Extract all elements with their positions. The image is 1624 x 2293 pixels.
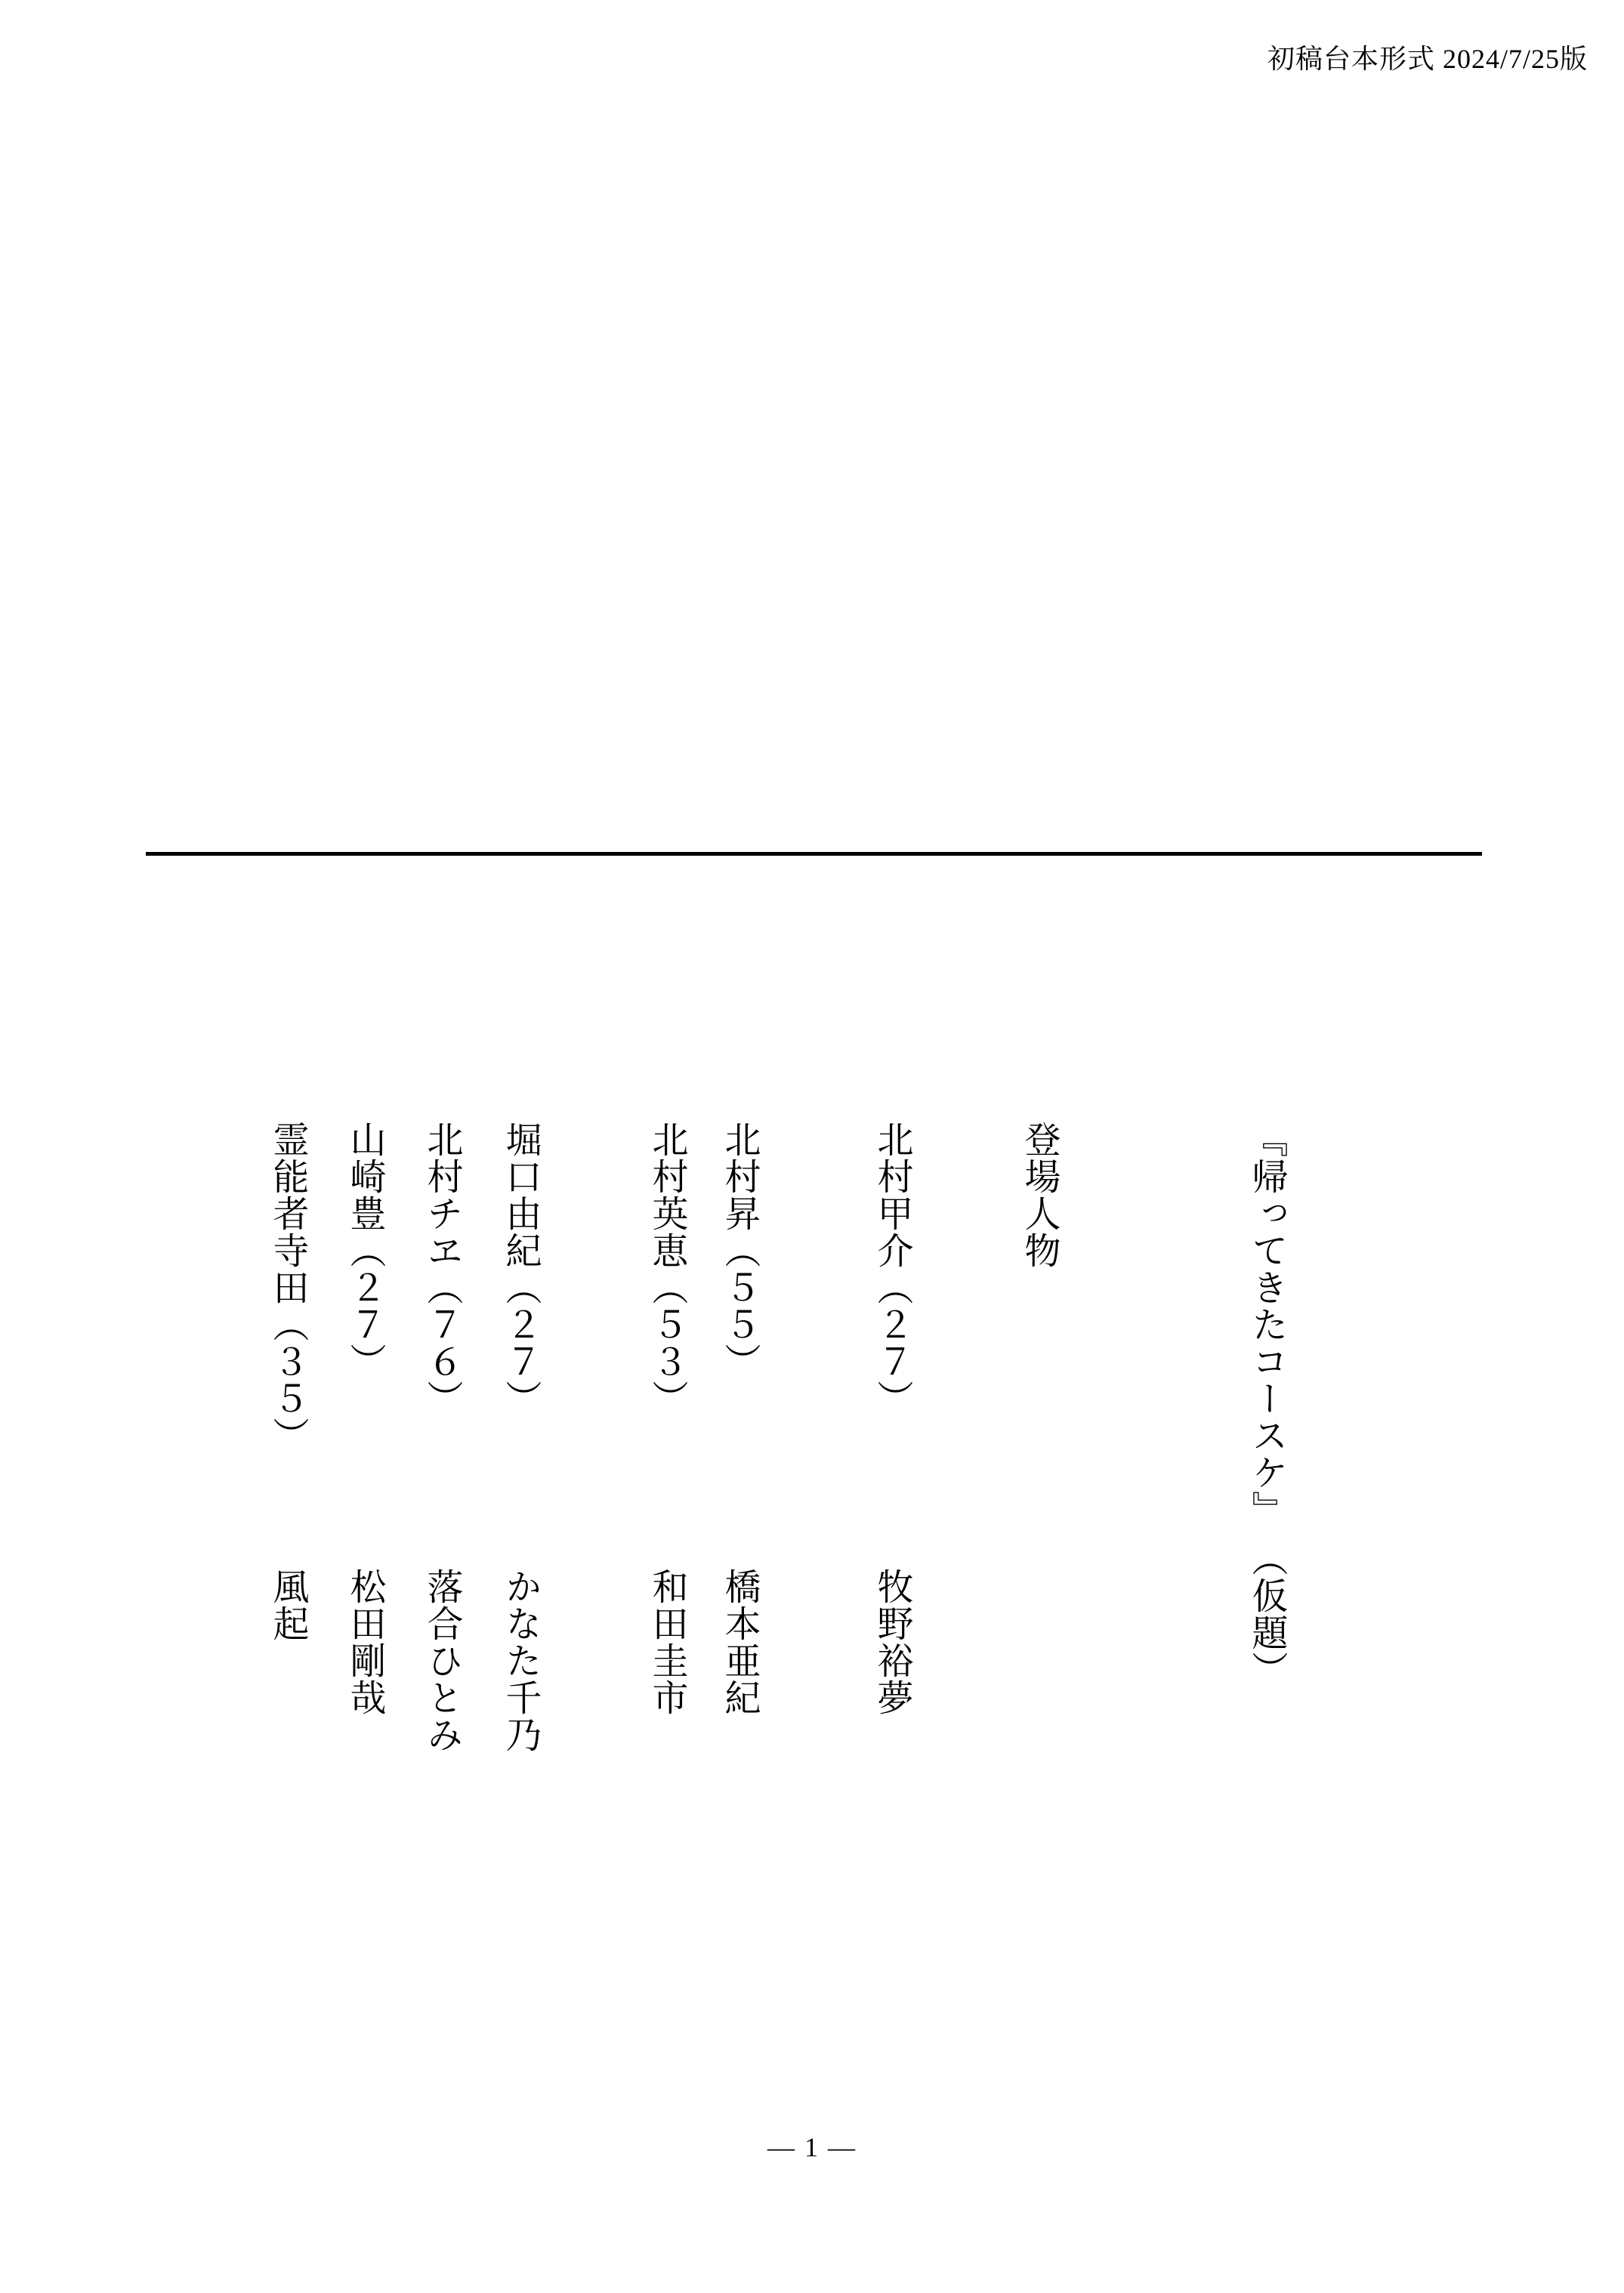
- character-entry: 堀口由紀（２７）: [500, 1121, 540, 1417]
- character-age: （３５）: [267, 1306, 307, 1454]
- character-age: （７６）: [421, 1269, 462, 1417]
- character-column: 山崎豊（２７） 松田剛哉: [344, 1121, 384, 2224]
- actor-name: 和田圭市: [647, 1568, 686, 1716]
- character-column: 霊能者寺田（３５） 風起: [267, 1121, 307, 2224]
- script-title: 『帰ってきたコースケ』: [1246, 1121, 1286, 1528]
- character-column: 北村チヱ（７６） 落合ひとみ: [421, 1121, 461, 2224]
- character-column: 北村昇（５５） 橋本亜紀: [719, 1121, 758, 2224]
- character-column: 北村甲介（２７） 牧野裕夢: [872, 1121, 911, 2224]
- character-entry: 霊能者寺田（３５）: [267, 1121, 307, 1454]
- character-age: （２７）: [500, 1269, 540, 1417]
- character-age: （５５）: [719, 1232, 759, 1380]
- header-version-note: 初稿台本形式 2024/7/25版: [1267, 38, 1588, 76]
- actor-name: かなた千乃: [500, 1568, 539, 1753]
- character-name: 北村英恵: [647, 1121, 687, 1269]
- character-name: 北村甲介: [872, 1121, 912, 1269]
- character-name: 霊能者寺田: [267, 1121, 307, 1306]
- character-entry: 北村昇（５５）: [719, 1121, 759, 1380]
- character-column: 北村英恵（５３） 和田圭市: [647, 1121, 686, 2224]
- document-page: 初稿台本形式 2024/7/25版 『帰ってきたコースケ』 （仮題） 登場人物 …: [0, 0, 1624, 2293]
- character-name: 北村昇: [719, 1121, 759, 1232]
- character-name: 堀口由紀: [500, 1121, 540, 1269]
- character-name: 北村チヱ: [421, 1121, 462, 1269]
- cast-heading: 登場人物: [1019, 1121, 1059, 1269]
- title-column: 『帰ってきたコースケ』 （仮題）: [1246, 1121, 1286, 2224]
- actor-name: 橋本亜紀: [719, 1568, 758, 1716]
- character-entry: 北村英恵（５３）: [647, 1121, 687, 1417]
- actor-name: 風起: [267, 1568, 307, 1642]
- working-title-note: （仮題）: [1246, 1540, 1286, 1688]
- character-entry: 北村チヱ（７６）: [421, 1121, 462, 1417]
- cast-heading-column: 登場人物: [1019, 1121, 1058, 2224]
- character-entry: 山崎豊（２７）: [344, 1121, 384, 1380]
- actor-name: 牧野裕夢: [872, 1568, 911, 1716]
- divider-line: [146, 852, 1482, 856]
- actor-name: 松田剛哉: [344, 1568, 384, 1716]
- character-age: （２７）: [344, 1232, 384, 1380]
- character-age: （２７）: [872, 1269, 912, 1417]
- character-column: 堀口由紀（２７） かなた千乃: [500, 1121, 539, 2224]
- page-number: — 1 —: [767, 2131, 857, 2163]
- actor-name: 落合ひとみ: [421, 1568, 461, 1753]
- character-entry: 北村甲介（２７）: [872, 1121, 912, 1417]
- character-name: 山崎豊: [344, 1121, 384, 1232]
- character-age: （５３）: [647, 1269, 687, 1417]
